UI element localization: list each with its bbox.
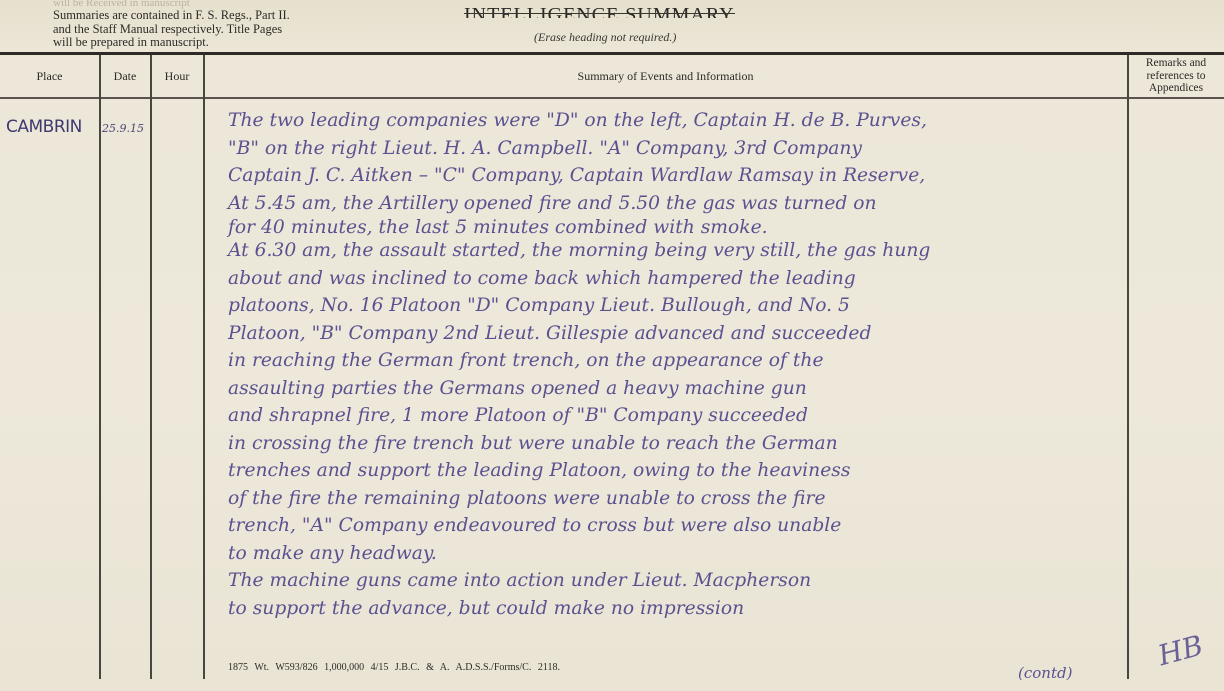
entry-line: assaulting parties the Germans opened a …	[228, 375, 1113, 403]
entry-line: in reaching the German front trench, on …	[228, 347, 1113, 375]
form-title: INTELLIGENCE SUMMARY	[464, 2, 735, 18]
instruction-line: and the Staff Manual respectively. Title…	[53, 23, 383, 37]
entry-line: about and was inclined to come back whic…	[228, 265, 1113, 293]
instruction-line: Summaries are contained in F. S. Regs., …	[53, 9, 383, 23]
entry-line: of the fire the remaining platoons were …	[228, 485, 1113, 513]
instruction-line: will be prepared in manuscript.	[53, 36, 383, 50]
entry-line: platoons, No. 16 Platoon "D" Company Lie…	[228, 292, 1113, 320]
form-subtitle: (Erase heading not required.)	[534, 30, 676, 45]
cut-off-instruction-line: will be Received in manuscript	[53, 0, 190, 11]
column-header-remarks: Remarks and references to Appendices	[1128, 55, 1224, 97]
entry-place: CAMBRIN	[6, 117, 82, 137]
entry-line: trench, "A" Company endeavoured to cross…	[228, 512, 1113, 540]
entry-line: to support the advance, but could make n…	[228, 595, 1113, 623]
entry-line: in crossing the fire trench but were una…	[228, 430, 1113, 458]
column-header-hour: Hour	[151, 55, 203, 97]
column-header-date: Date	[100, 55, 150, 97]
entry-line: Platoon, "B" Company 2nd Lieut. Gillespi…	[228, 320, 1113, 348]
entry-date: 25.9.15	[102, 122, 144, 135]
entry-line: The machine guns came into action under …	[228, 567, 1113, 595]
entry-line: to make any headway.	[228, 540, 1113, 568]
column-divider	[150, 55, 152, 679]
remarks-header-line: references to	[1146, 70, 1205, 83]
form-print-reference: 1875 Wt. W593/826 1,000,000 4/15 J.B.C. …	[228, 662, 560, 673]
column-header-summary: Summary of Events and Information	[204, 55, 1127, 97]
remarks-header-line: Appendices	[1149, 82, 1203, 95]
war-diary-page: will be Received in manuscript Summaries…	[0, 0, 1224, 691]
entry-line: At 6.30 am, the assault started, the mor…	[228, 237, 1113, 265]
entry-line: and shrapnel fire, 1 more Platoon of "B"…	[228, 402, 1113, 430]
entry-line: trenches and support the leading Platoon…	[228, 457, 1113, 485]
entry-line: The two leading companies were "D" on th…	[228, 107, 1113, 135]
column-header-place: Place	[0, 55, 99, 97]
entry-summary: The two leading companies were "D" on th…	[228, 107, 1128, 622]
entry-line: At 5.45 am, the Artillery opened fire an…	[228, 190, 1113, 218]
column-divider	[203, 55, 205, 679]
entry-line: "B" on the right Lieut. H. A. Campbell. …	[228, 135, 1113, 163]
form-instructions: will be Received in manuscript Summaries…	[53, 9, 383, 50]
remarks-header-line: Remarks and	[1146, 57, 1206, 70]
continued-note: (contd)	[1018, 664, 1072, 682]
entry-line: for 40 minutes, the last 5 minutes combi…	[228, 217, 1113, 237]
column-divider	[99, 55, 101, 679]
header-rule	[0, 97, 1224, 99]
initials-signature: HB	[1154, 629, 1206, 673]
entry-line: Captain J. C. Aitken – "C" Company, Capt…	[228, 162, 1113, 190]
